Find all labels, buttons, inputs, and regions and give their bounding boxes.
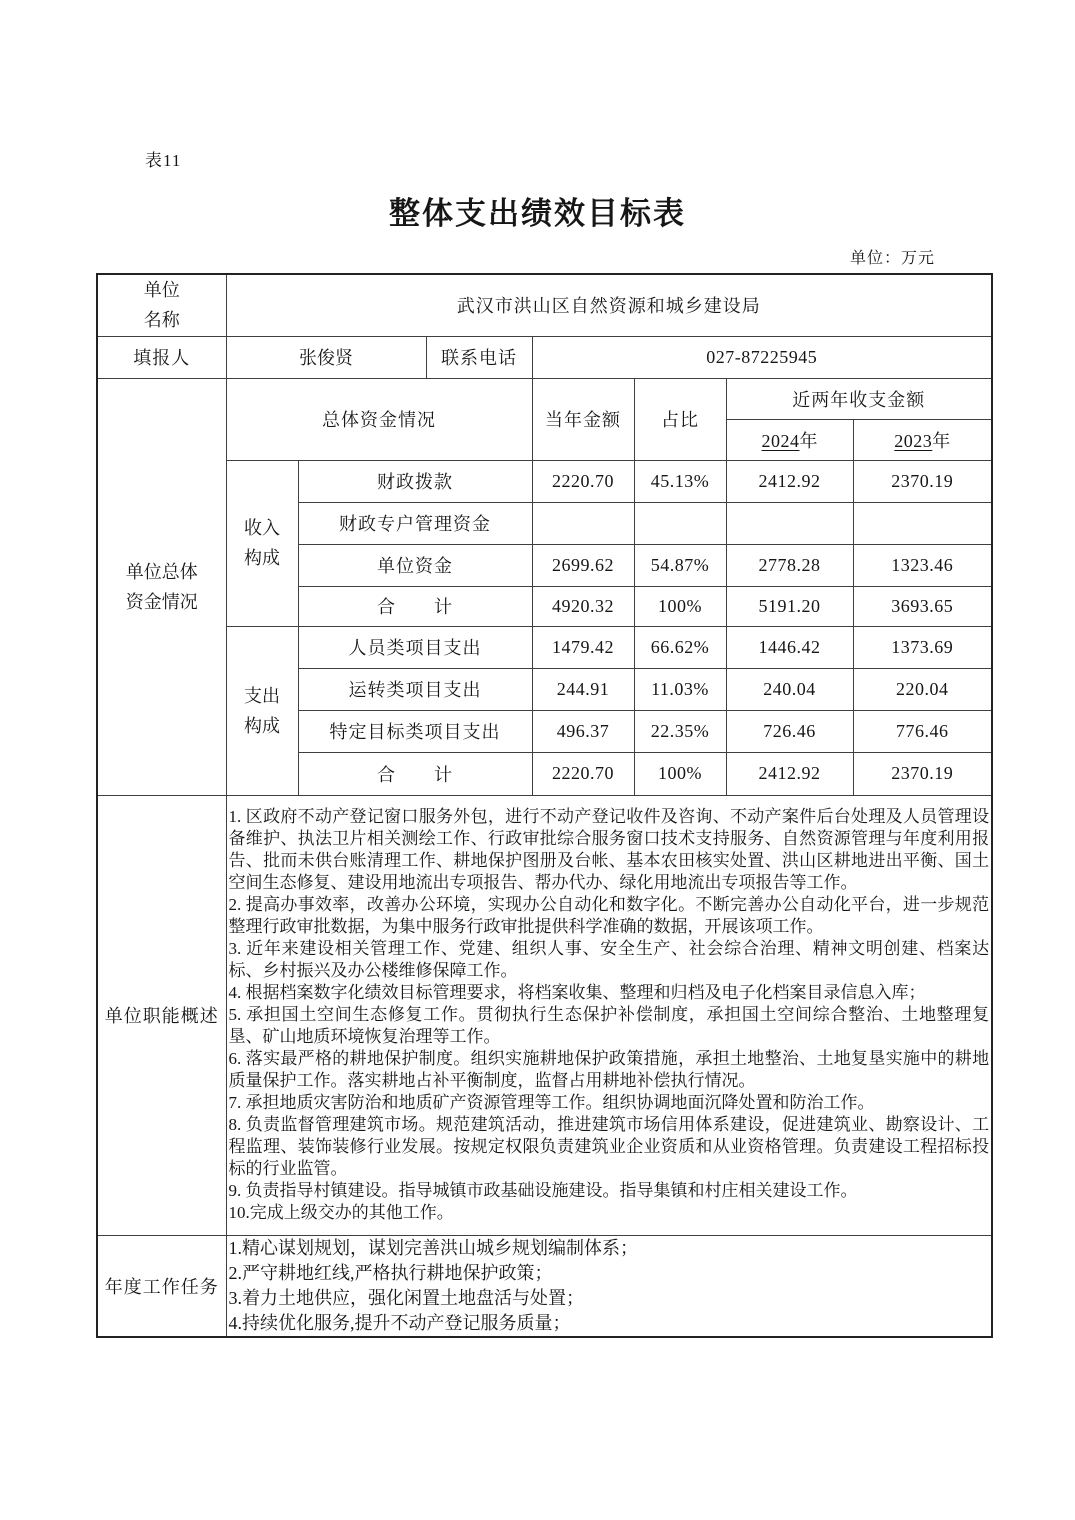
income-group-label-line2: 构成 [229,543,296,573]
unit-name-label-line2: 名称 [100,305,224,335]
funds-section-label-line1: 单位总体 [100,557,224,587]
fund-row-2024: 2778.28 [726,544,853,586]
tasks-label: 年度工作任务 [97,1235,226,1337]
duty-item: 2. 提高办事效率，改善办公环境，实现办公自动化和数字化。不断完善办公自动化平台… [229,894,990,938]
phone-value: 027-87225945 [532,336,992,378]
fund-row-current: 2220.70 [532,752,634,795]
fund-row-2024: 5191.20 [726,586,853,626]
unit-name-row: 单位 名称 武汉市洪山区自然资源和城乡建设局 [97,274,992,336]
expense-group-label-line2: 构成 [229,711,296,741]
fund-row-2024: 2412.92 [726,460,853,502]
fund-row-current: 4920.32 [532,586,634,626]
fund-row-2024: 1446.42 [726,626,853,668]
task-item: 3.着力土地供应，强化闲置土地盘活与处置； [229,1286,990,1311]
unit-name-label: 单位 名称 [97,274,226,336]
tasks-content: 1.精心谋划规划，谋划完善洪山城乡规划编制体系； 2.严守耕地红线,严格执行耕地… [226,1235,992,1337]
funds-header-row-1: 单位总体 资金情况 总体资金情况 当年金额 占比 近两年收支金额 [97,378,992,419]
phone-label: 联系电话 [426,336,532,378]
unit-note: 单位：万元 [850,245,935,268]
fund-row-2023 [853,502,992,544]
year-2023-suffix: 年 [932,431,950,451]
expense-group-label: 支出 构成 [226,626,298,795]
year-2023-header: 2023年 [853,419,992,460]
fund-row-2023: 776.46 [853,710,992,752]
tasks-row: 年度工作任务 1.精心谋划规划，谋划完善洪山城乡规划编制体系； 2.严守耕地红线… [97,1235,992,1337]
ratio-header: 占比 [634,378,726,460]
year-2024-suffix: 年 [800,431,818,451]
year-2024-digits: 2024 [762,431,800,451]
year-2023-digits: 2023 [894,431,932,451]
fund-row-2024: 2412.92 [726,752,853,795]
fund-row-current: 2220.70 [532,460,634,502]
fund-row-2023: 2370.19 [853,752,992,795]
fund-row-ratio: 66.62% [634,626,726,668]
expense-group-label-line1: 支出 [229,681,296,711]
recent-years-header: 近两年收支金额 [726,378,992,419]
fund-row-ratio: 11.03% [634,668,726,710]
duty-item: 4. 根据档案数字化绩效目标管理要求，将档案收集、整理和归档及电子化档案目录信息… [229,982,990,1004]
task-item: 4.持续优化服务,提升不动产登记服务质量； [229,1311,990,1336]
income-group-label: 收入 构成 [226,460,298,626]
task-item: 1.精心谋划规划，谋划完善洪山城乡规划编制体系； [229,1236,990,1261]
fund-row-2024: 240.04 [726,668,853,710]
reporter-value: 张俊贤 [226,336,426,378]
duty-item: 8. 负责监督管理建筑市场。规范建筑活动，推进建筑市场信用体系建设，促进建筑业、… [229,1114,990,1180]
funds-section-label-line2: 资金情况 [100,587,224,617]
funds-section-label: 单位总体 资金情况 [97,378,226,795]
fund-row-label: 合 计 [298,752,532,795]
fund-row-ratio: 100% [634,752,726,795]
income-row-1: 收入 构成 财政拨款 2220.70 45.13% 2412.92 2370.1… [97,460,992,502]
duty-item: 1. 区政府不动产登记窗口服务外包，进行不动产登记收件及咨询、不动产案件后台处理… [229,806,990,894]
fund-row-2023: 220.04 [853,668,992,710]
fund-row-current: 496.37 [532,710,634,752]
fund-row-current: 244.91 [532,668,634,710]
reporter-row: 填报人 张俊贤 联系电话 027-87225945 [97,336,992,378]
unit-name-value: 武汉市洪山区自然资源和城乡建设局 [226,274,992,336]
fund-row-ratio: 22.35% [634,710,726,752]
fund-row-label: 合 计 [298,586,532,626]
fund-row-label: 单位资金 [298,544,532,586]
fund-row-label: 财政专户管理资金 [298,502,532,544]
expense-row-1: 支出 构成 人员类项目支出 1479.42 66.62% 1446.42 137… [97,626,992,668]
fund-row-2023: 1373.69 [853,626,992,668]
fund-row-ratio: 100% [634,586,726,626]
duties-label: 单位职能概述 [97,795,226,1235]
duties-content: 1. 区政府不动产登记窗口服务外包，进行不动产登记收件及咨询、不动产案件后台处理… [226,795,992,1235]
duties-row: 单位职能概述 1. 区政府不动产登记窗口服务外包，进行不动产登记收件及咨询、不动… [97,795,992,1235]
fund-row-2024: 726.46 [726,710,853,752]
duty-item: 7. 承担地质灾害防治和地质矿产资源管理等工作。组织协调地面沉降处置和防治工作。 [229,1092,990,1114]
fund-row-label: 特定目标类项目支出 [298,710,532,752]
duty-item: 6. 落实最严格的耕地保护制度。组织实施耕地保护政策措施，承担土地整治、土地复垦… [229,1048,990,1092]
fund-row-label: 财政拨款 [298,460,532,502]
fund-row-current: 1479.42 [532,626,634,668]
fund-row-2024 [726,502,853,544]
fund-row-label: 人员类项目支出 [298,626,532,668]
fund-row-label: 运转类项目支出 [298,668,532,710]
duty-item: 5. 承担国土空间生态修复工作。贯彻执行生态保护补偿制度，承担国土空间综合整治、… [229,1004,990,1048]
form-table-wrapper: 单位 名称 武汉市洪山区自然资源和城乡建设局 填报人 张俊贤 联系电话 027-… [96,273,993,1338]
duty-item: 9. 负责指导村镇建设。指导城镇市政基础设施建设。指导集镇和村庄相关建设工作。 [229,1180,990,1202]
duty-item: 10.完成上级交办的其他工作。 [229,1202,990,1224]
income-group-label-line1: 收入 [229,513,296,543]
page-tag: 表11 [145,146,181,171]
year-2024-header: 2024年 [726,419,853,460]
fund-row-current [532,502,634,544]
fund-row-2023: 3693.65 [853,586,992,626]
duty-item: 3. 近年来建设相关管理工作、党建、组织人事、安全生产、社会综合治理、精神文明创… [229,938,990,982]
fund-row-ratio: 54.87% [634,544,726,586]
unit-name-label-line1: 单位 [100,275,224,305]
current-amount-header: 当年金额 [532,378,634,460]
fund-row-2023: 2370.19 [853,460,992,502]
fund-row-ratio [634,502,726,544]
overall-funds-header: 总体资金情况 [226,378,532,460]
fund-row-2023: 1323.46 [853,544,992,586]
performance-target-table: 单位 名称 武汉市洪山区自然资源和城乡建设局 填报人 张俊贤 联系电话 027-… [96,273,993,1338]
reporter-label: 填报人 [97,336,226,378]
task-item: 2.严守耕地红线,严格执行耕地保护政策； [229,1261,990,1286]
fund-row-ratio: 45.13% [634,460,726,502]
page-title: 整体支出绩效目标表 [0,188,1075,233]
fund-row-current: 2699.62 [532,544,634,586]
